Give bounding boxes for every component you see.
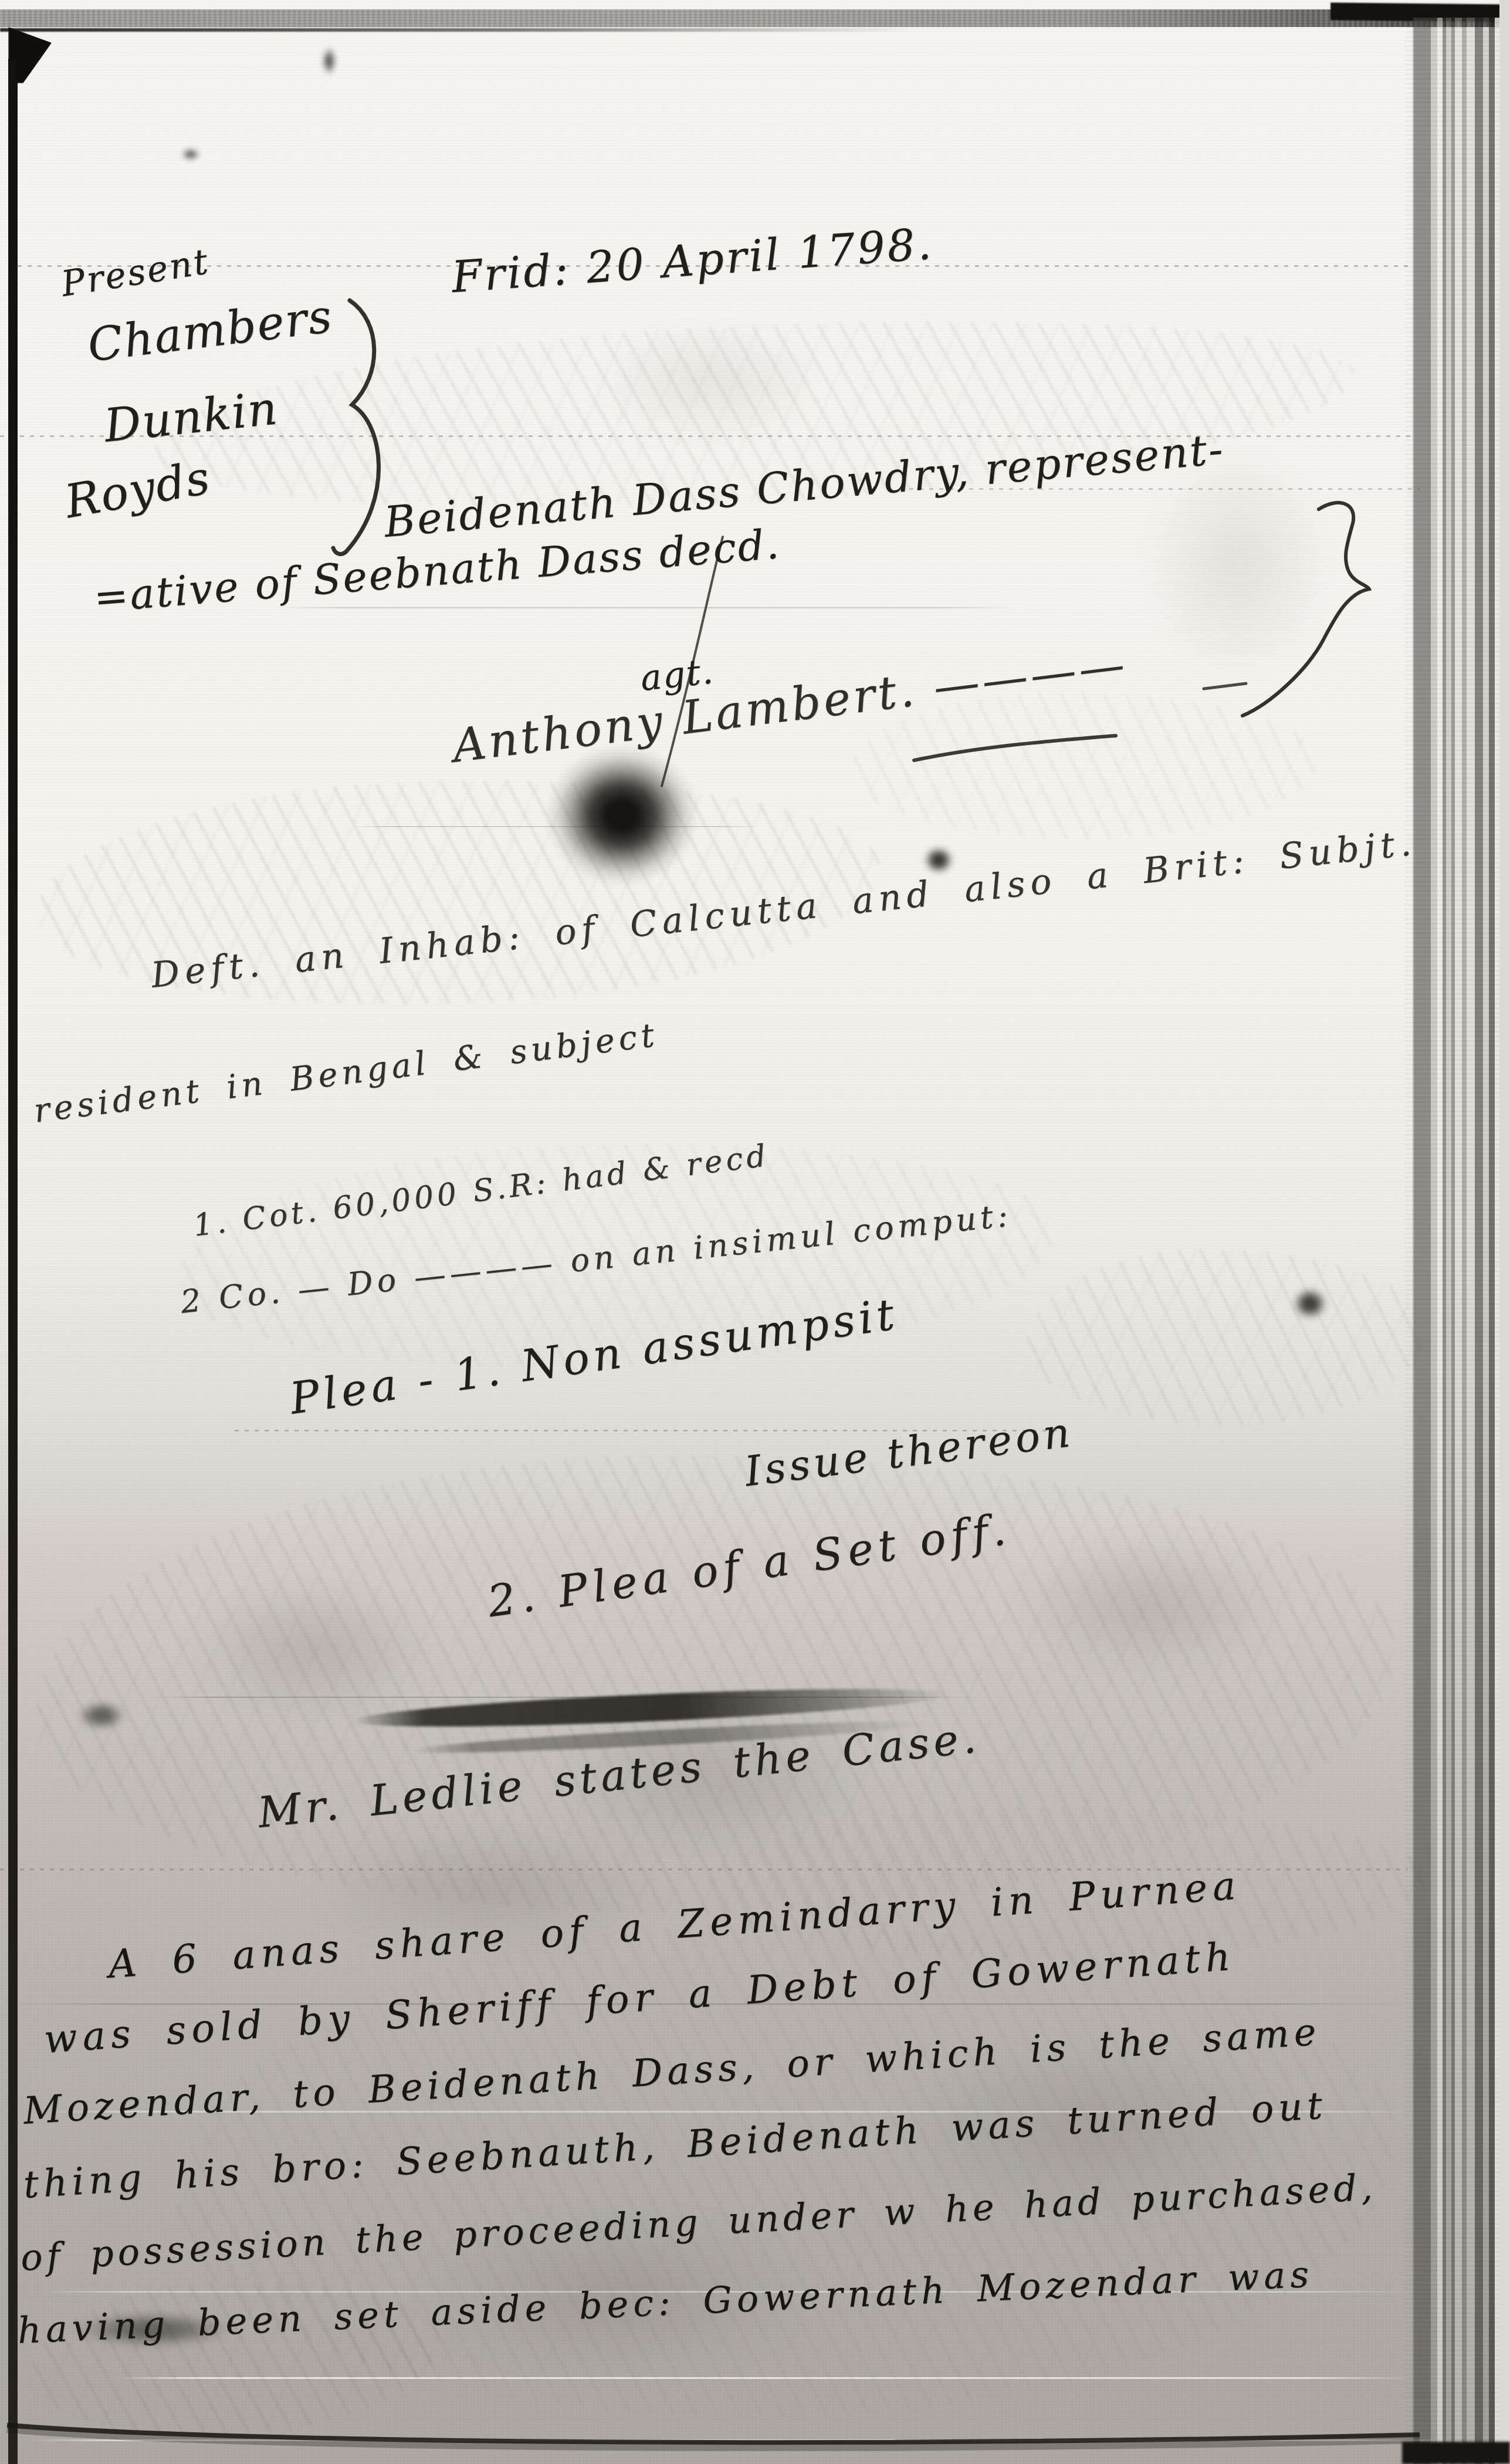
- margin-present-label: Present: [59, 241, 212, 305]
- ink-smudge: [75, 1699, 128, 1732]
- scan-top-shadow-line: [0, 28, 915, 32]
- scan-line-white: [88, 2377, 1414, 2379]
- book-binding-gutter-texture: [1405, 18, 1510, 2464]
- scan-top-edge-noise: [0, 9, 1510, 27]
- binding-bottom-shadow: [1402, 2442, 1510, 2464]
- judge-name-dunkin: Dunkin: [101, 382, 280, 453]
- scan-right-edge: [1499, 0, 1510, 2464]
- page-curl-shadow-soft: [7, 2428, 1420, 2446]
- brace-left: [333, 300, 379, 554]
- plea-2-line: 2. Plea of a Set off.: [485, 1504, 1014, 1627]
- ink-blot-large: [546, 745, 698, 886]
- defendant-status-line1: Deft. an Inhab: of Calcutta and also a B…: [149, 823, 1418, 996]
- counsel-statement-line: Mr. Ledlie states the Case.: [256, 1712, 983, 1837]
- ink-bleedthrough: [31, 1443, 1400, 1924]
- ink-speck: [321, 46, 337, 76]
- count-1-line: 1. Cot. 60,000 S.R: had & recd: [191, 1138, 771, 1244]
- margin-dash: [1204, 683, 1246, 689]
- plea-1-line: Plea - 1. Non assumpsit: [287, 1289, 901, 1424]
- scan-left-edge-bar: [8, 59, 18, 2464]
- case-party-line1: Beidenath Dass Chowdry, represent-: [382, 424, 1226, 547]
- issue-line: Issue thereon: [742, 1408, 1076, 1496]
- ink-speck: [181, 148, 201, 161]
- defendant-status-line2: resident in Bengal & subject: [32, 1016, 661, 1131]
- ink-bleedthrough: [1027, 1250, 1426, 1426]
- case-defendant-name: Anthony Lambert. ————: [450, 638, 1130, 773]
- paper-stain: [557, 305, 862, 458]
- manuscript-scan-page: Present Chambers Dunkin Royds Frid: 20 A…: [0, 0, 1510, 2464]
- scan-line-white: [0, 2439, 1467, 2441]
- judge-name-chambers: Chambers: [85, 290, 336, 372]
- ink-blot-small: [1291, 1286, 1329, 1321]
- defendant-dash: [914, 736, 1116, 760]
- date-heading: Frid: 20 April 1798.: [450, 219, 935, 303]
- judge-name-royds: Royds: [61, 451, 215, 529]
- brace-right: [1242, 503, 1369, 716]
- scan-line: [282, 607, 1015, 608]
- paper-stain: [968, 1514, 1332, 1701]
